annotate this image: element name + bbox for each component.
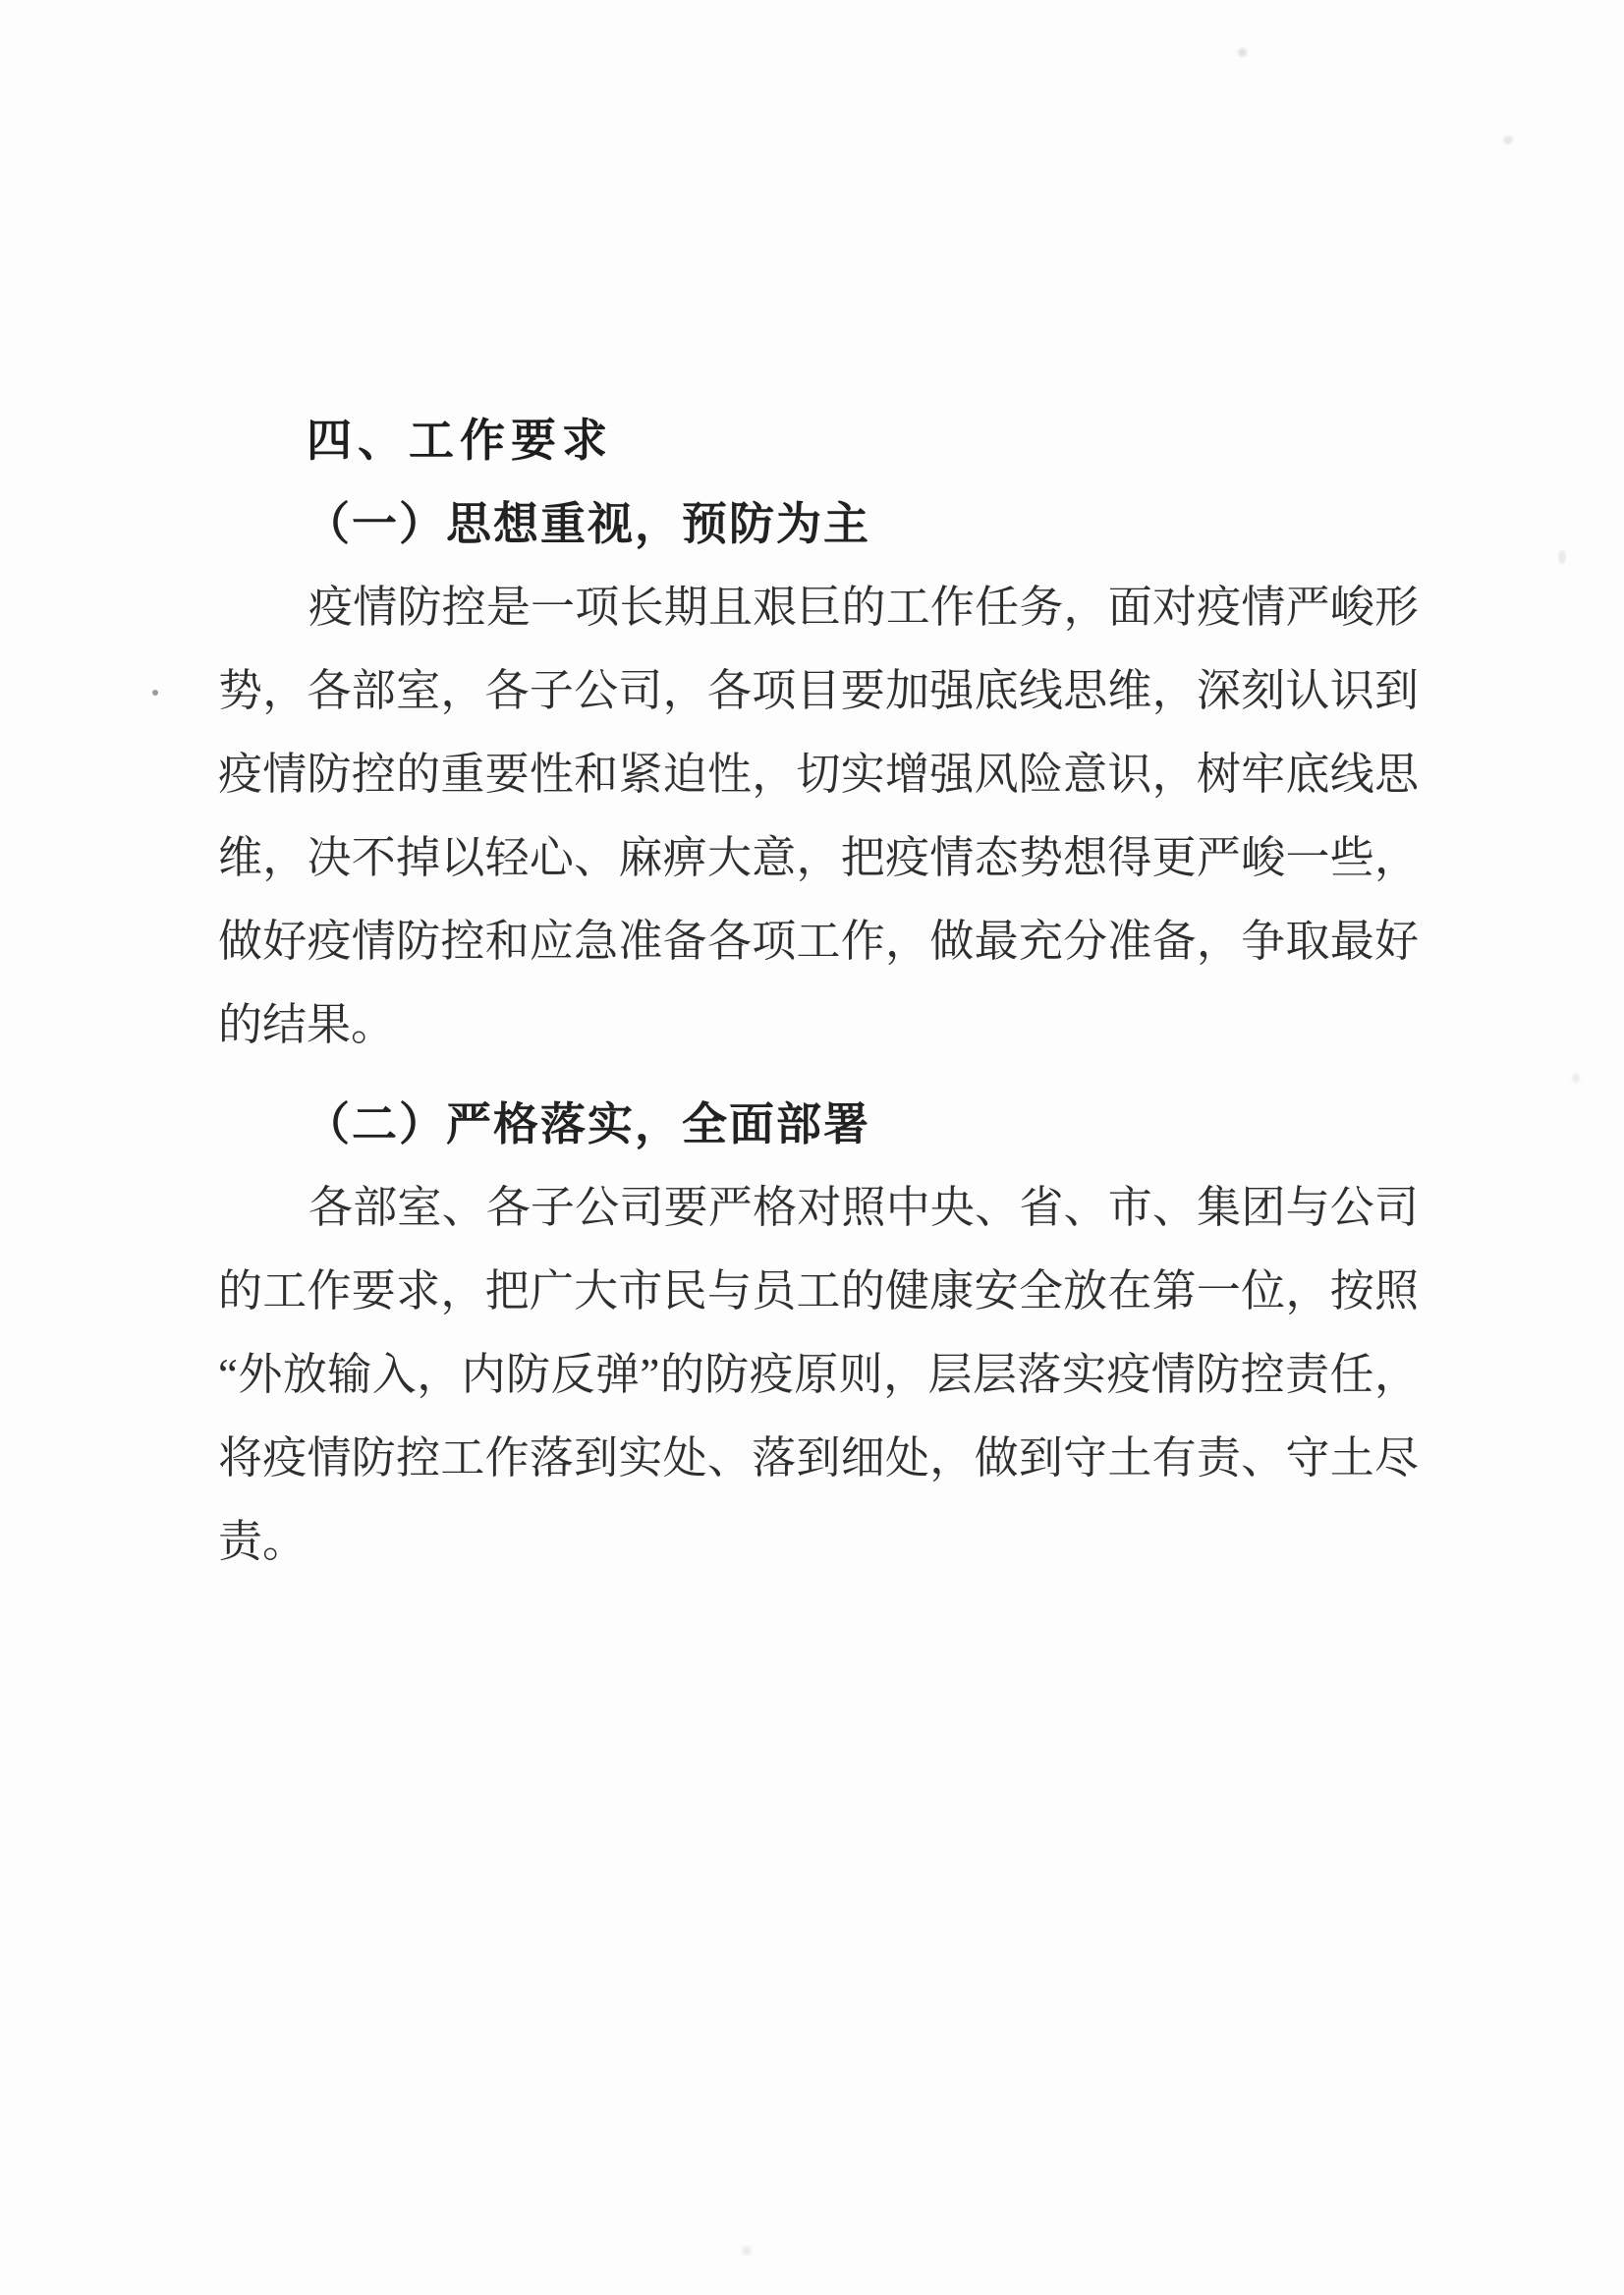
- body-line: 各部室、各子公司要严格对照中央、省、市、集团与公司: [218, 1166, 1419, 1250]
- document-content: 四、工作要求 （一）思想重视，预防为主 疫情防控是一项长期且艰巨的工作任务，面对…: [218, 399, 1419, 1584]
- body-line: 责。: [218, 1500, 1419, 1584]
- scan-speckle: [742, 2246, 752, 2256]
- subsection-1-heading: （一）思想重视，预防为主: [218, 482, 1419, 566]
- scan-speckle: [152, 690, 158, 696]
- scan-speckle: [1503, 136, 1513, 144]
- body-line: 疫情防控是一项长期且艰巨的工作任务，面对疫情严峻形: [218, 566, 1419, 649]
- scan-speckle: [1558, 550, 1566, 564]
- scan-speckle: [1238, 48, 1247, 57]
- body-line: 的结果。: [218, 983, 1419, 1067]
- body-line: 将疫情防控工作落到实处、落到细处，做到守土有责、守土尽: [218, 1417, 1419, 1500]
- body-line: 的工作要求，把广大市民与员工的健康安全放在第一位，按照: [218, 1250, 1419, 1333]
- subsection-2-heading: （二）严格落实，全面部署: [218, 1083, 1419, 1166]
- scan-speckle: [1572, 1073, 1580, 1083]
- scanned-document-page: 四、工作要求 （一）思想重视，预防为主 疫情防控是一项长期且艰巨的工作任务，面对…: [0, 0, 1624, 2295]
- body-line: “外放输入，内防反弹”的防疫原则，层层落实疫情防控责任，: [218, 1333, 1419, 1417]
- section-heading: 四、工作要求: [218, 399, 1419, 482]
- body-line: 势，各部室，各子公司，各项目要加强底线思维，深刻认识到: [218, 649, 1419, 733]
- body-line: 维，决不掉以轻心、麻痹大意，把疫情态势想得更严峻一些，: [218, 816, 1419, 900]
- body-line: 做好疫情防控和应急准备各项工作，做最充分准备，争取最好: [218, 900, 1419, 983]
- body-line: 疫情防控的重要性和紧迫性，切实增强风险意识，树牢底线思: [218, 733, 1419, 816]
